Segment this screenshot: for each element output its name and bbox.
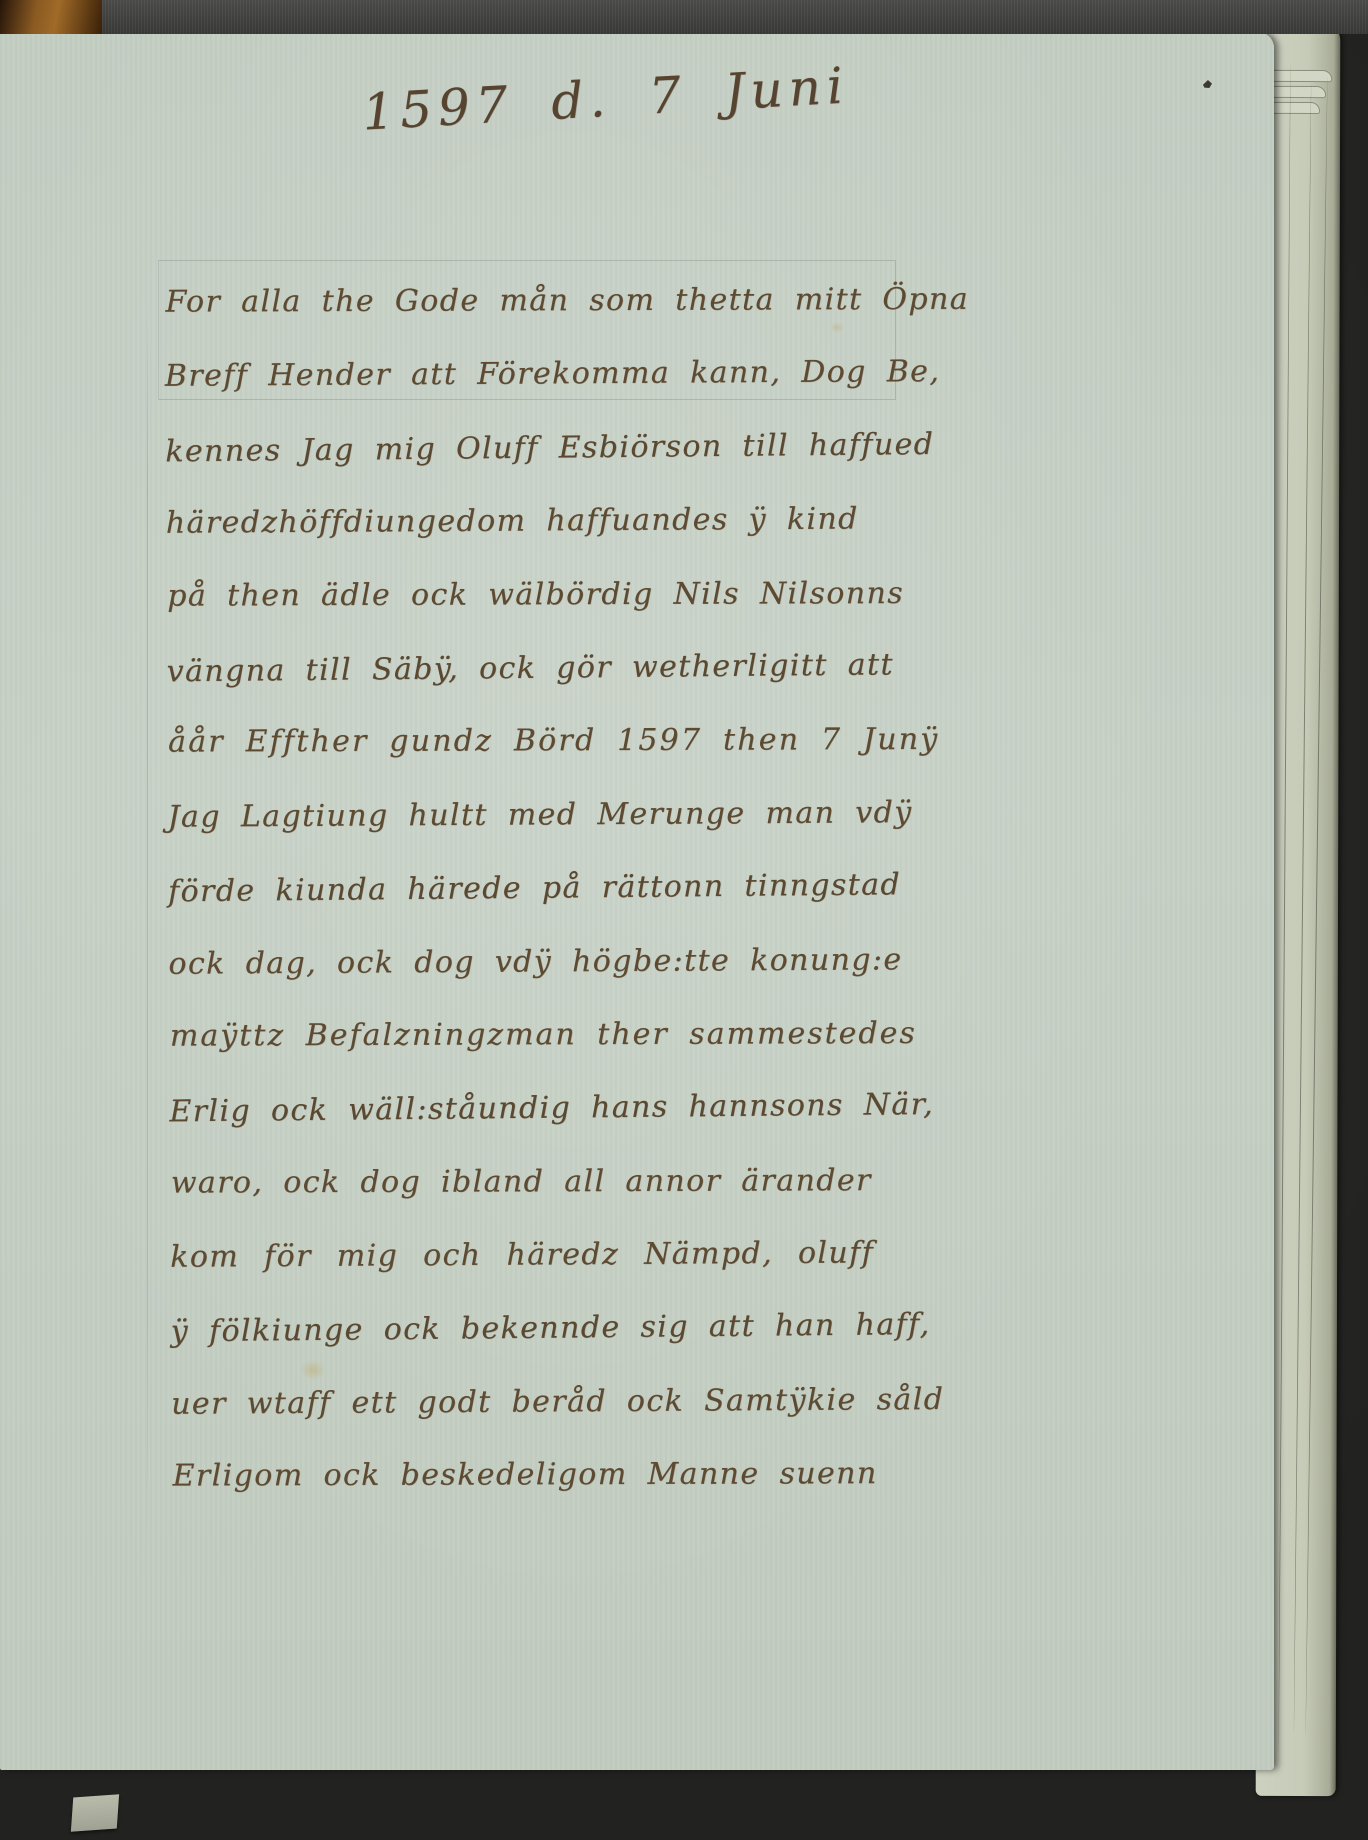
manuscript-line: maÿttz Befalzningzman ther sammestedes <box>170 996 1070 1073</box>
manuscript-line: vängna till Säbÿ, ock gör wetherligitt a… <box>166 627 1067 709</box>
manuscript-line: Erligom ock beskedeligom Manne suenn <box>172 1437 1072 1514</box>
manuscript-line: häredzhöffdiungedom haffuandes ÿ kind <box>166 481 1066 560</box>
manuscript-line: kom för mig och häredz Nämpd, oluff <box>170 1215 1070 1294</box>
leaf-edge <box>1278 64 1291 1754</box>
book-spine-corner <box>0 0 102 34</box>
manuscript-line: på then ädle ock wälbördig Nils Nilsonns <box>167 556 1067 633</box>
manuscript-line: förde kiunda härede på rättonn tinngstad <box>168 847 1069 929</box>
manuscript-line: Jag Lagtiung hultt med Merunge man vdÿ <box>167 775 1067 854</box>
ink-speck <box>1203 80 1212 88</box>
leaf-edge <box>1264 70 1332 82</box>
manuscript-line: ock dag, ock dog vdÿ högbe:tte konung:e <box>168 922 1068 1001</box>
manuscript-scan: 1597 d. 7 Juni For alla the Gode mån som… <box>0 0 1368 1840</box>
manuscript-line: åår Effther gundz Börd 1597 then 7 Junÿ <box>168 703 1068 780</box>
manuscript-line: ÿ fölkiunge ock bekennde sig att han haf… <box>170 1287 1071 1369</box>
manuscript-line: For alla the Gode mån som thetta mitt Öp… <box>165 262 1065 339</box>
manuscript-line: waro, ock dog ibland all annor ärander <box>171 1143 1071 1220</box>
manuscript-line: uer wtaff ett godt beråd ock Samtÿkie så… <box>171 1362 1071 1441</box>
manuscript-page: 1597 d. 7 Juni For alla the Gode mån som… <box>0 32 1274 1770</box>
bottom-page-corner <box>71 1794 119 1831</box>
manuscript-line: Erlig ock wäll:ståundig hans hannsons Nä… <box>169 1067 1070 1149</box>
manuscript-line: kennes Jag mig Oluff Esbiörson till haff… <box>165 406 1066 488</box>
manuscript-line: Breff Hender att Förekomma kann, Dog Be, <box>165 335 1065 414</box>
manuscript-text-block: For alla the Gode mån som thetta mitt Öp… <box>164 261 1072 1514</box>
margin-crease <box>147 302 148 1552</box>
scanner-top-band <box>0 0 1368 34</box>
header-date: 1597 d. 7 Juni <box>361 56 851 141</box>
